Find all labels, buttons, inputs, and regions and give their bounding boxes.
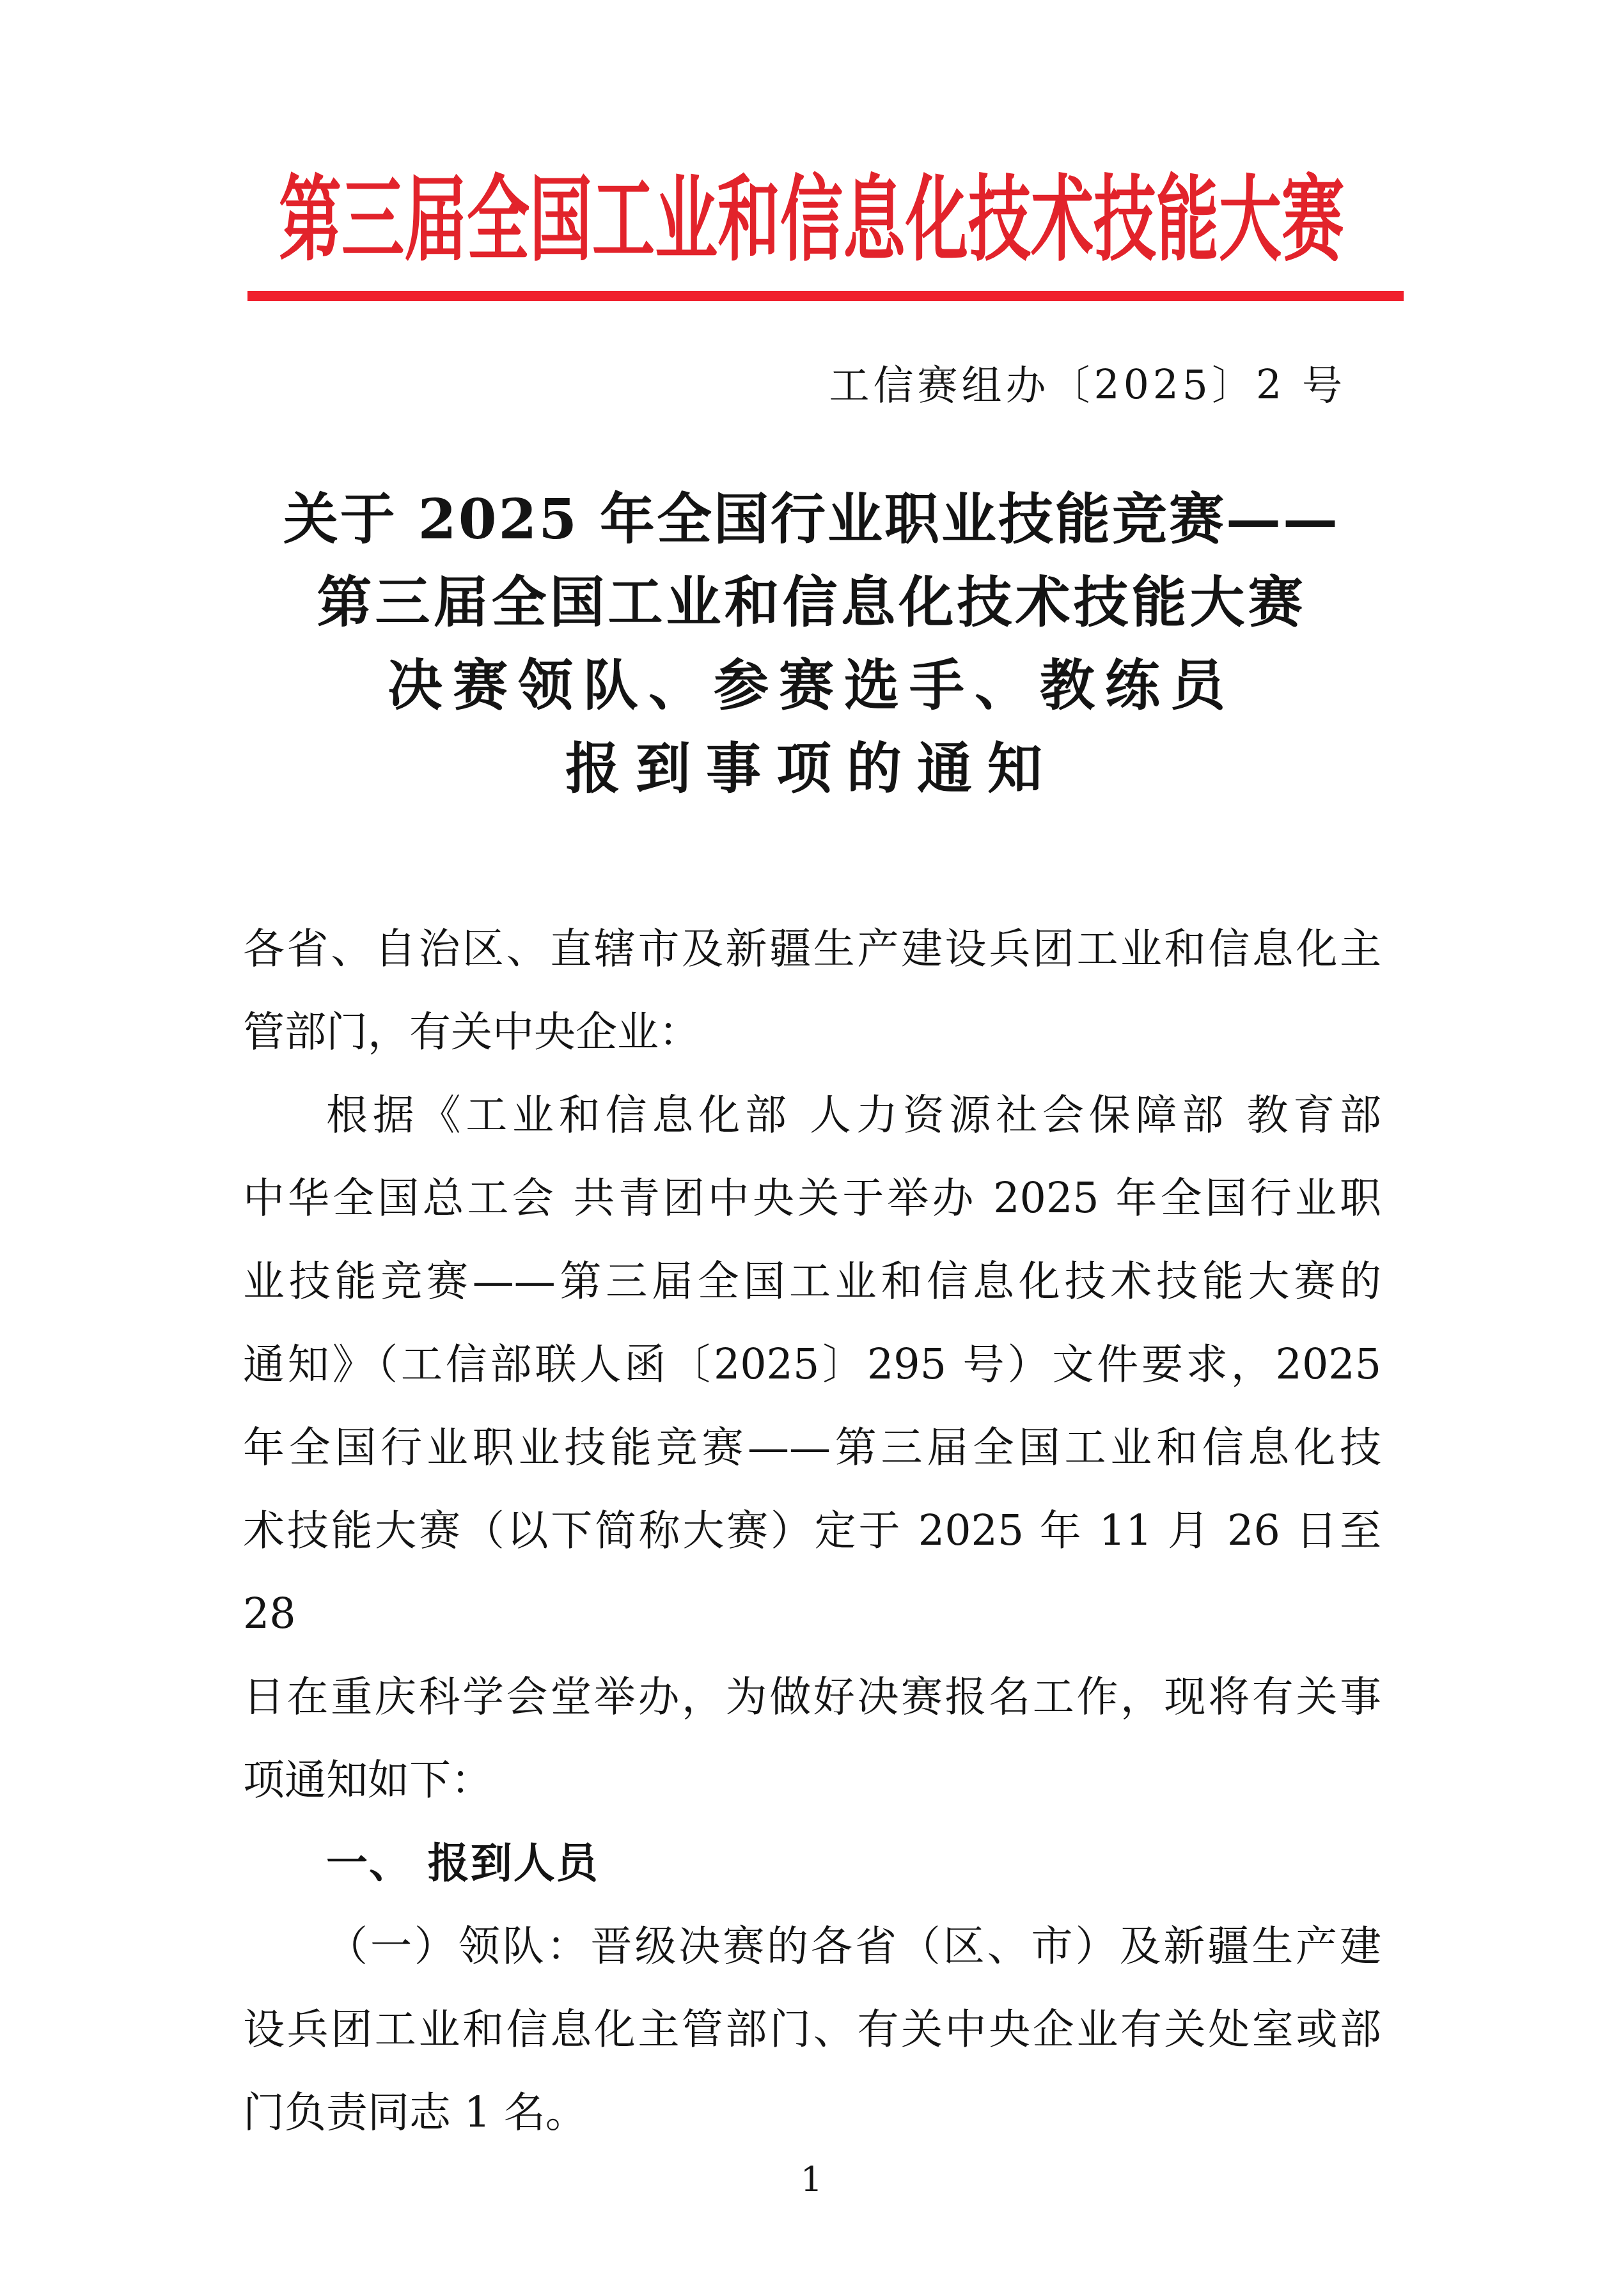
body-line: 通知》（工信部联人函〔2025〕295 号）文件要求，2025	[243, 1324, 1381, 1407]
body-line: （一）领队：晋级决赛的各省（区、市）及新疆生产建	[243, 1905, 1381, 1988]
body-line: 年全国行业职业技能竞赛——第三届全国工业和信息化技	[243, 1407, 1381, 1490]
body-line: 门负责同志 1 名。	[243, 2072, 1381, 2155]
body-line: 设兵团工业和信息化主管部门、有关中央企业有关处室或部	[243, 1988, 1381, 2072]
masthead-banner-title: 第三届全国工业和信息化技术技能大赛	[0, 146, 1623, 279]
notice-title: 关于 2025 年全国行业职业技能竞赛—— 第三届全国工业和信息化技术技能大赛 …	[0, 478, 1623, 811]
body-line: 中华全国总工会 共青团中央关于举办 2025 年全国行业职	[243, 1157, 1381, 1240]
notice-title-line-3: 决赛领队、参赛选手、教练员	[0, 644, 1623, 728]
document-page: 第三届全国工业和信息化技术技能大赛 工信赛组办〔2025〕2 号 关于 2025…	[0, 0, 1623, 2296]
masthead-divider-rule	[247, 291, 1404, 301]
notice-title-line-2: 第三届全国工业和信息化技术技能大赛	[0, 561, 1623, 644]
body-line: 项通知如下：	[243, 1739, 1381, 1822]
body-line: 根据《工业和信息化部 人力资源社会保障部 教育部	[243, 1074, 1381, 1157]
document-number: 工信赛组办〔2025〕2 号	[829, 353, 1346, 411]
notice-body: 各省、自治区、直辖市及新疆生产建设兵团工业和信息化主 管部门，有关中央企业： 根…	[243, 908, 1381, 2155]
salutation-line: 管部门，有关中央企业：	[243, 991, 1381, 1074]
salutation-line: 各省、自治区、直辖市及新疆生产建设兵团工业和信息化主	[243, 908, 1381, 991]
body-line: 业技能竞赛——第三届全国工业和信息化技术技能大赛的	[243, 1240, 1381, 1324]
notice-title-line-1: 关于 2025 年全国行业职业技能竞赛——	[0, 478, 1623, 561]
notice-title-line-4: 报到事项的通知	[0, 728, 1623, 811]
page-number: 1	[0, 2160, 1623, 2200]
section-heading-1: 一、 报到人员	[243, 1822, 1381, 1905]
body-line: 日在重庆科学会堂举办，为做好决赛报名工作，现将有关事	[243, 1656, 1381, 1739]
body-line: 术技能大赛（以下简称大赛）定于 2025 年 11 月 26 日至 28	[243, 1490, 1381, 1656]
